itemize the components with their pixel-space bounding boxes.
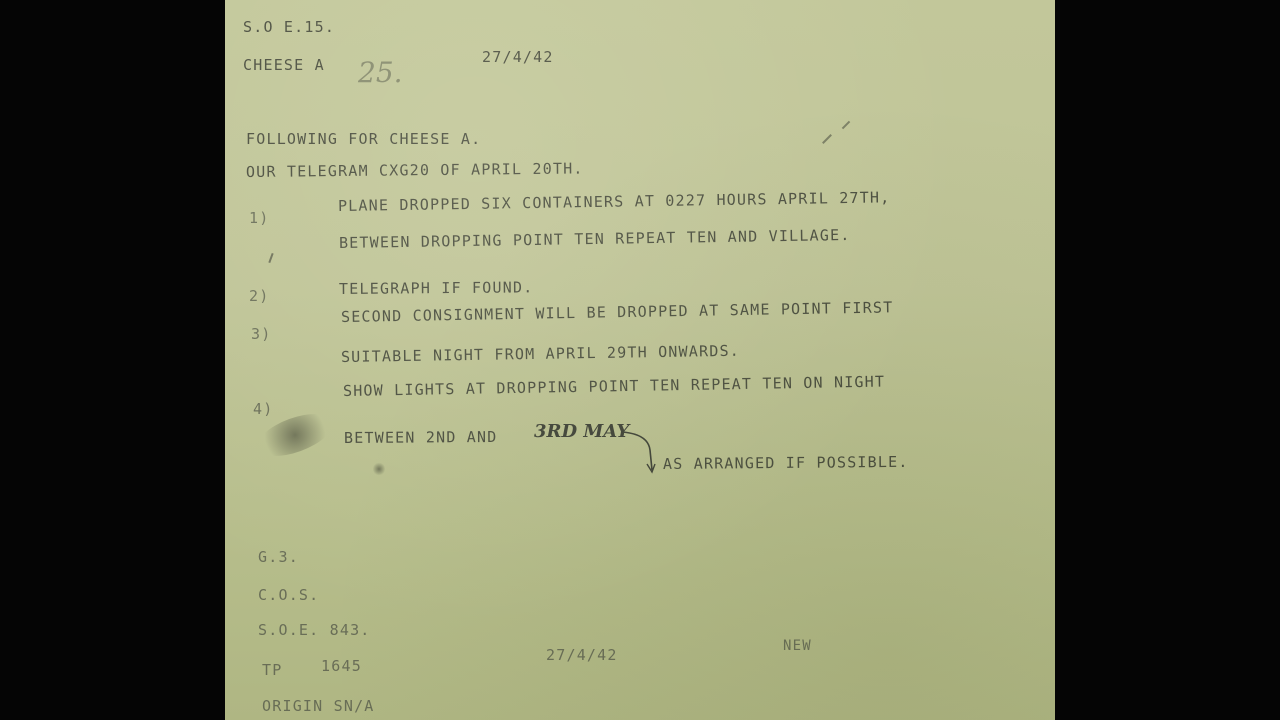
telegram-document: S.O E.15. CHEESE A 25. 27/4/42 FOLLOWING… — [225, 0, 1055, 720]
item-4-line-2: BETWEEN 2ND AND — [344, 428, 498, 447]
tp-label: TP — [262, 661, 282, 679]
item-4-line-1: SHOW LIGHTS AT DROPPING POINT TEN REPEAT… — [343, 373, 885, 400]
item-number-3: 3) — [251, 325, 271, 343]
pen-mark — [822, 134, 832, 144]
distribution-soe: S.O.E. 843. — [258, 621, 371, 639]
handwritten-insert: 3RD MAY — [534, 421, 629, 442]
intro-line: FOLLOWING FOR CHEESE A. — [246, 130, 481, 148]
footer-date: 27/4/42 — [546, 646, 618, 664]
item-4-continuation: AS ARRANGED IF POSSIBLE. — [663, 453, 909, 473]
handwritten-number: 25. — [358, 56, 403, 89]
pen-mark — [268, 253, 273, 263]
item-1-line-2: BETWEEN DROPPING POINT TEN REPEAT TEN AN… — [339, 226, 851, 252]
document-reference: S.O E.15. — [243, 18, 335, 36]
tp-time: 1645 — [321, 657, 362, 675]
item-number-4: 4) — [253, 400, 273, 418]
status-new: NEW — [783, 638, 812, 654]
ink-smudge — [373, 462, 385, 476]
item-3-line-2: SUITABLE NIGHT FROM APRIL 29TH ONWARDS. — [341, 342, 740, 366]
item-3-line-1: SECOND CONSIGNMENT WILL BE DROPPED AT SA… — [341, 298, 894, 326]
reference-line: OUR TELEGRAM CXG20 OF APRIL 20TH. — [246, 159, 584, 181]
item-number-1: 1) — [249, 209, 269, 227]
item-2-line-1: TELEGRAPH IF FOUND. — [339, 278, 534, 298]
distribution-g3: G.3. — [258, 548, 299, 566]
header-date: 27/4/42 — [482, 48, 554, 66]
item-1-line-1: PLANE DROPPED SIX CONTAINERS AT 0227 HOU… — [338, 188, 891, 215]
distribution-cos: C.O.S. — [258, 586, 319, 604]
addressee: CHEESE A — [243, 56, 325, 74]
insertion-arrow-icon — [620, 428, 660, 478]
origin-line: ORIGIN SN/A — [262, 697, 375, 715]
pen-mark — [842, 121, 850, 129]
item-number-2: 2) — [249, 287, 269, 305]
